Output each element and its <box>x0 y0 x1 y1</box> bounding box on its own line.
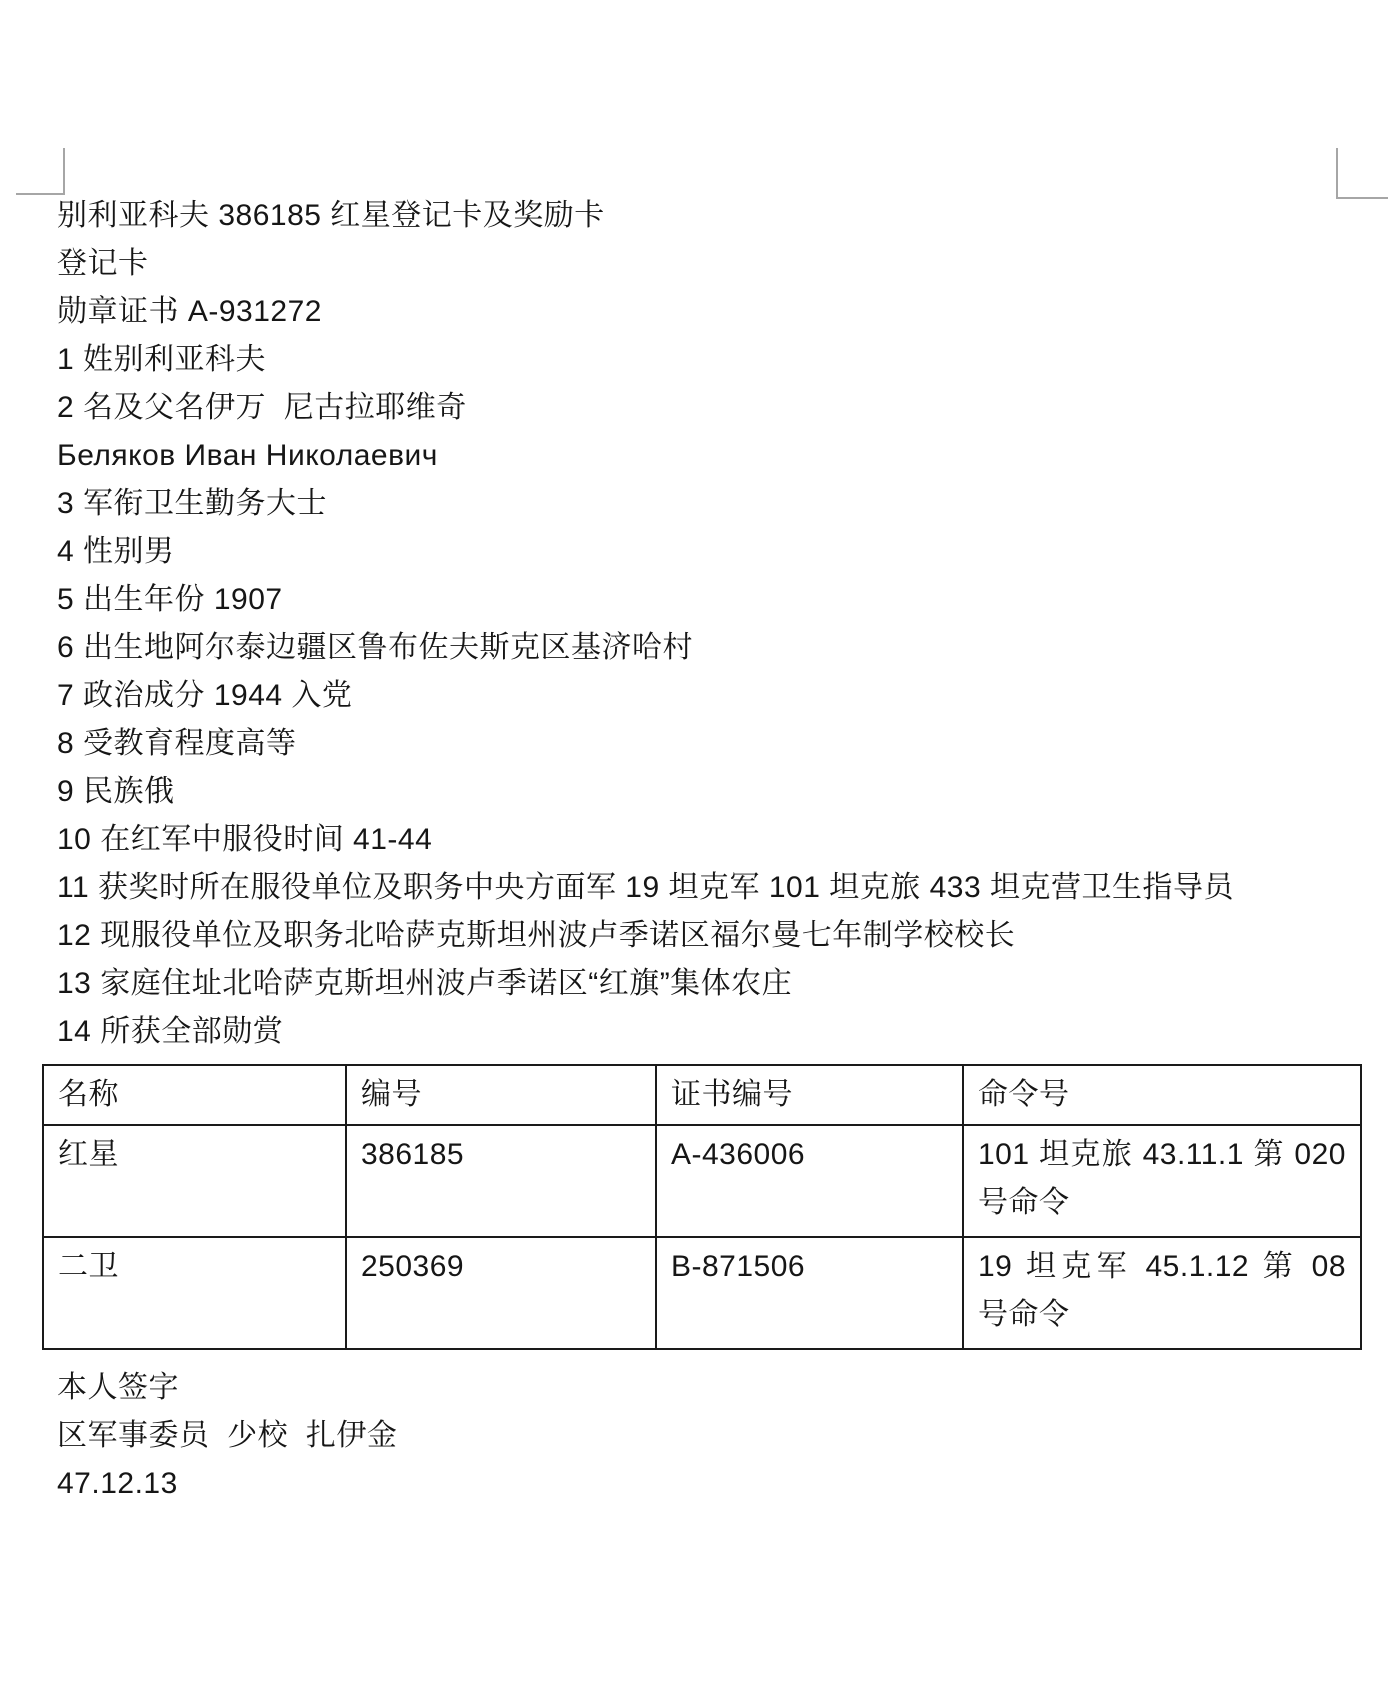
award-certificate-cell: B-871506 <box>656 1237 963 1349</box>
awards-table-header-certificate-number: 证书编号 <box>656 1065 963 1125</box>
field-current-unit: 12 现服役单位及职务北哈萨克斯坦州波卢季诺区福尔曼七年制学校校长 <box>57 912 1345 960</box>
table-row: 红星 386185 A-436006 101 坦克旅 43.11.1 第 020… <box>43 1125 1361 1237</box>
field-birth-place: 6 出生地阿尔泰边疆区鲁布佐夫斯克区基济哈村 <box>57 624 1345 672</box>
signature-label: 本人签字 <box>57 1364 1345 1412</box>
award-certificate-cell: A-436006 <box>656 1125 963 1237</box>
award-name-cell: 二卫 <box>43 1237 346 1349</box>
award-order-cell: 101 坦克旅 43.11.1 第 020 号命令 <box>963 1125 1361 1237</box>
field-name-russian: Беляков Иван Николаевич <box>57 432 1345 480</box>
medal-certificate-line: 勋章证书 A-931272 <box>57 288 1345 336</box>
awards-table-header-number: 编号 <box>346 1065 656 1125</box>
award-number-cell: 386185 <box>346 1125 656 1237</box>
awards-table-header-name: 名称 <box>43 1065 346 1125</box>
field-political-status: 7 政治成分 1944 入党 <box>57 672 1345 720</box>
field-ethnicity: 9 民族俄 <box>57 768 1345 816</box>
field-birth-year: 5 出生年份 1907 <box>57 576 1345 624</box>
field-military-rank: 3 军衔卫生勤务大士 <box>57 480 1345 528</box>
field-given-name: 2 名及父名伊万 尼古拉耶维奇 <box>57 384 1345 432</box>
document-title-line: 别利亚科夫 386185 红星登记卡及奖励卡 <box>57 192 1345 240</box>
document-page: { "document": { "header_lines": [ "别利亚科夫… <box>0 0 1400 1681</box>
field-education: 8 受教育程度高等 <box>57 720 1345 768</box>
document-content: 别利亚科夫 386185 红星登记卡及奖励卡 登记卡 勋章证书 A-931272… <box>57 192 1345 1508</box>
field-unit-at-award: 11 获奖时所在服役单位及职务中央方面军 19 坦克军 101 坦克旅 433 … <box>57 864 1345 912</box>
field-service-period: 10 在红军中服役时间 41-44 <box>57 816 1345 864</box>
field-surname: 1 姓别利亚科夫 <box>57 336 1345 384</box>
award-name-cell: 红星 <box>43 1125 346 1237</box>
commissar-signature-line: 区军事委员 少校 扎伊金 <box>57 1412 1345 1460</box>
field-awards-heading: 14 所获全部勋赏 <box>57 1008 1345 1056</box>
table-row: 二卫 250369 B-871506 19 坦克军 45.1.12 第 08 号… <box>43 1237 1361 1349</box>
award-order-cell: 19 坦克军 45.1.12 第 08 号命令 <box>963 1237 1361 1349</box>
awards-table-header-row: 名称 编号 证书编号 命令号 <box>43 1065 1361 1125</box>
awards-table: 名称 编号 证书编号 命令号 红星 386185 A-436006 101 坦克… <box>42 1064 1362 1350</box>
awards-table-header-order-number: 命令号 <box>963 1065 1361 1125</box>
signature-block: 本人签字 区军事委员 少校 扎伊金 47.12.13 <box>57 1364 1345 1508</box>
field-home-address: 13 家庭住址北哈萨克斯坦州波卢季诺区“红旗”集体农庄 <box>57 960 1345 1008</box>
card-type-line: 登记卡 <box>57 240 1345 288</box>
field-gender: 4 性别男 <box>57 528 1345 576</box>
date-line: 47.12.13 <box>57 1460 1345 1508</box>
award-number-cell: 250369 <box>346 1237 656 1349</box>
page-corner-mark-top-left <box>16 148 65 195</box>
